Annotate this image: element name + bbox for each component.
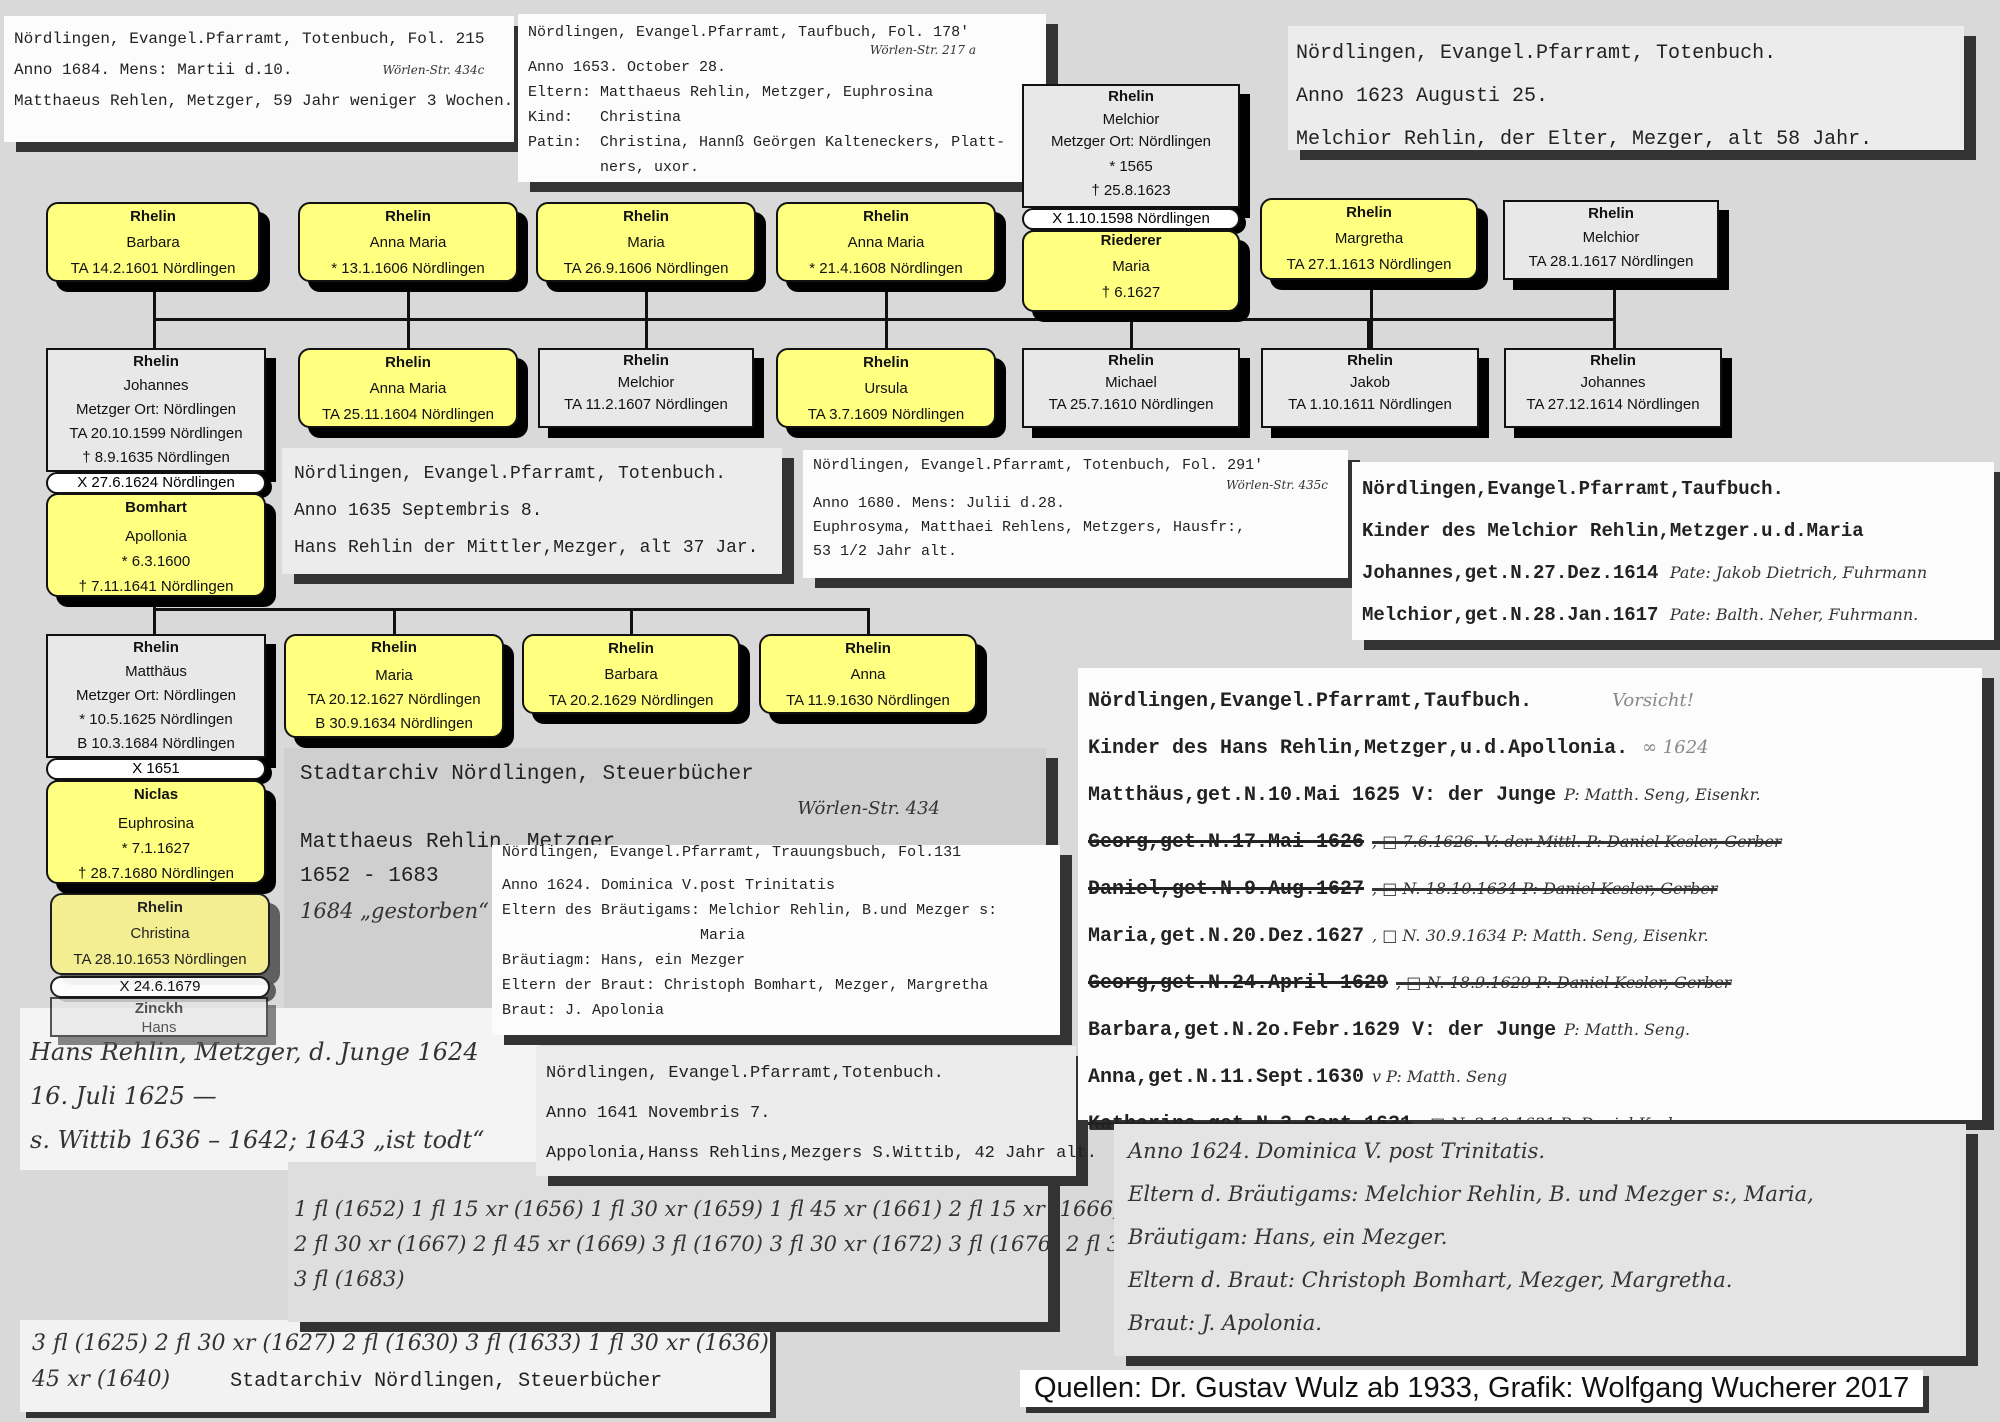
record-card-death-1623: Nördlingen, Evangel.Pfarramt, Totenbuch.…	[1288, 26, 1964, 150]
surname: Zinckh	[52, 999, 266, 1018]
record-line: Eltern des Bräutigams: Melchior Rehlin, …	[502, 898, 1050, 923]
person-apollonia-bomhart[interactable]: Bomhart Apollonia * 6.3.1600 † 7.11.1641…	[46, 493, 266, 597]
handwritten-line: Eltern d. Braut: Christoph Bomhart, Mezg…	[1128, 1259, 1952, 1302]
person-ursula-1609[interactable]: RhelinUrsulaTA 3.7.1609 Nördlingen	[776, 348, 996, 428]
given-name: Apollonia	[48, 524, 264, 549]
person-johannes-1599[interactable]: Rhelin Johannes Metzger Ort: Nördlingen …	[46, 348, 266, 472]
person-barbara-1629[interactable]: RhelinBarbaraTA 20.2.1629 Nördlingen	[522, 634, 740, 714]
surname: Rhelin	[48, 636, 264, 660]
record-line: Kinder des Melchior Rehlin,Metzger.u.d.M…	[1362, 510, 1984, 552]
person-maria-1606[interactable]: RhelinMariaTA 26.9.1606 Nördlingen	[536, 202, 756, 282]
surname: Rhelin	[300, 204, 516, 230]
record-line: Nördlingen, Evangel.Pfarramt, Totenbuch.	[1296, 32, 1956, 75]
surname: Rhelin	[48, 204, 258, 230]
record-line: Patin: Christina, Hannß Geörgen Kaltenec…	[528, 130, 1036, 155]
connector	[153, 318, 1615, 321]
record-card-tax-books-hans: 3 fl (1625) 2 fl 30 xr (1627) 2 fl (1630…	[20, 1320, 770, 1412]
connector	[1130, 318, 1133, 348]
record-line: ners, uxor.	[528, 155, 1036, 180]
handwritten-note: Wörlen-Str. 217 a	[528, 45, 1036, 55]
given-name: Matthäus	[48, 660, 264, 684]
person-jakob-1611[interactable]: RhelinJakobTA 1.10.1611 Nördlingen	[1261, 348, 1479, 428]
occupation: Metzger Ort: Nördlingen	[1024, 131, 1238, 154]
given-name: Melchior	[1505, 226, 1717, 250]
record-card-death-1641: Nördlingen, Evangel.Pfarramt,Totenbuch. …	[536, 1046, 1076, 1176]
baptism-entry: Georg,get.N.24.April 1629, □ N. 18.9.162…	[1088, 960, 1972, 1007]
record-line: Anno 1624. Dominica V.post Trinitatis	[502, 873, 1050, 898]
record-line: Anno 1680. Mens: Julii d.28.	[813, 492, 1338, 516]
handwritten-note: Wörlen-Str. 434	[300, 792, 1030, 826]
surname: Riederer	[1024, 232, 1238, 250]
person-anna-1630[interactable]: RhelinAnnaTA 11.9.1630 Nördlingen	[759, 634, 977, 714]
death-date: † 25.8.1623	[1024, 180, 1238, 203]
surname: Rhelin	[778, 350, 994, 376]
surname: Rhelin	[524, 636, 738, 662]
given-name: Maria	[286, 664, 502, 688]
record-line: Anno 1684. Mens: Martii d.10.Wörlen-Str.…	[14, 55, 504, 86]
record-line: Appolonia,Hanss Rehlins,Mezgers S.Wittib…	[546, 1134, 1066, 1174]
given-name: Ursula	[778, 376, 994, 402]
occupation: Metzger Ort: Nördlingen	[48, 684, 264, 708]
event-date: TA 25.7.1610 Nördlingen	[1024, 394, 1238, 416]
record-card-baptism-1653: Nördlingen, Evangel.Pfarramt, Taufbuch, …	[518, 14, 1046, 182]
record-card-baptisms-hans-children: Nördlingen,Evangel.Pfarramt,Taufbuch.Vor…	[1078, 668, 1982, 1120]
marriage-label: X 27.6.1624 Nördlingen	[46, 472, 266, 494]
record-card-baptisms-melchior-children: Nördlingen,Evangel.Pfarramt,Taufbuch. Ki…	[1352, 462, 1994, 640]
baptism-entry: Anna,get.N.11.Sept.1630v P: Matth. Seng	[1088, 1054, 1972, 1101]
handwritten-line: 16. Juli 1625 —	[30, 1074, 530, 1118]
connector	[1367, 318, 1370, 348]
surname: Rhelin	[778, 204, 994, 230]
marriage-label: X 1651	[46, 758, 266, 780]
handwritten-note: Wörlen-Str. 434c	[382, 63, 484, 77]
handwritten-line: Braut: J. Apolonia.	[1128, 1302, 1952, 1345]
surname: Rhelin	[540, 350, 752, 372]
surname: Rhelin	[286, 636, 502, 660]
person-johannes-1614[interactable]: RhelinJohannesTA 27.12.1614 Nördlingen	[1504, 348, 1722, 428]
record-line: Stadtarchiv Nördlingen, Steuerbücher	[300, 758, 1030, 792]
record-line: Nördlingen, Evangel.Pfarramt, Totenbuch,…	[813, 454, 1338, 478]
handwritten-line: 3 fl (1683)	[294, 1262, 1042, 1297]
death-date: † 8.9.1635 Nördlingen	[48, 446, 264, 470]
event-date: TA 20.10.1599 Nördlingen	[48, 422, 264, 446]
birth-date: * 1565	[1024, 154, 1238, 180]
person-melchior-1617[interactable]: RhelinMelchiorTA 28.1.1617 Nördlingen	[1503, 200, 1719, 280]
record-line: Nördlingen, Evangel.Pfarramt, Totenbuch,…	[14, 24, 504, 55]
baptism-entry: Matthäus,get.N.10.Mai 1625 V: der JungeP…	[1088, 772, 1972, 819]
record-line: Anno 1623 Augusti 25.	[1296, 75, 1956, 118]
baptism-entry: Barbara,get.N.2o.Febr.1629 V: der JungeP…	[1088, 1007, 1972, 1054]
handwritten-line: 2 fl 30 xr (1667) 2 fl 45 xr (1669) 3 fl…	[294, 1227, 1042, 1262]
given-name: Barbara	[524, 662, 738, 688]
record-line: Braut: J. Apolonia	[502, 998, 1050, 1023]
record-line: 45 xr (1640)Stadtarchiv Nördlingen, Steu…	[32, 1362, 758, 1400]
event-date: TA 27.1.1613 Nördlingen	[1262, 252, 1476, 278]
record-line: Kind: Christina	[528, 105, 1036, 130]
connector	[1370, 280, 1373, 350]
event-date: * 21.4.1608 Nördlingen	[778, 256, 994, 282]
event-date: TA 3.7.1609 Nördlingen	[778, 402, 994, 428]
handwritten-note: Pate: Balth. Neher, Fuhrmann.	[1670, 605, 1918, 624]
handwritten-line: s. Wittib 1636 – 1642; 1643 „ist todt“	[30, 1118, 530, 1162]
surname: Rhelin	[761, 636, 975, 662]
death-date: † 6.1627	[1024, 280, 1238, 306]
given-name: Anna Maria	[300, 230, 516, 256]
person-margretha-1613[interactable]: RhelinMargrethaTA 27.1.1613 Nördlingen	[1260, 198, 1478, 280]
given-name: Anna Maria	[300, 376, 516, 402]
event-date: * 13.1.1606 Nördlingen	[300, 256, 516, 282]
death-date: † 7.11.1641 Nördlingen	[48, 574, 264, 599]
record-line: Melchior Rehlin, der Elter, Mezger, alt …	[1296, 118, 1956, 161]
person-hans-zinckh[interactable]: Zinckh Hans	[50, 997, 268, 1037]
connector	[153, 280, 156, 350]
baptism-entry: Daniel,get.N.9.Aug.1627, □ N. 18.10.1634…	[1088, 866, 1972, 913]
surname: Bomhart	[48, 495, 264, 520]
baptism-entry: Georg,get.N.17.Mai 1626, □ 7.6.1626. V: …	[1088, 819, 1972, 866]
handwritten-line: Bräutigam: Hans, ein Mezger.	[1128, 1216, 1952, 1259]
given-name: Johannes	[1506, 372, 1720, 394]
handwritten-note: v P: Matth. Seng	[1372, 1067, 1507, 1086]
record-line: Euphrosyma, Matthaei Rehlens, Metzgers, …	[813, 516, 1338, 540]
connector	[153, 608, 870, 611]
given-name: Barbara	[48, 230, 258, 256]
person-euphrosina-niclas[interactable]: Niclas Euphrosina * 7.1.1627 † 28.7.1680…	[46, 780, 266, 884]
surname: Rhelin	[52, 895, 268, 921]
person-maria-1627[interactable]: Rhelin Maria TA 20.12.1627 Nördlingen B …	[284, 634, 504, 738]
record-line: Melchior,get.N.28.Jan.1617 Pate: Balth. …	[1362, 594, 1984, 636]
person-michael-1610[interactable]: RhelinMichaelTA 25.7.1610 Nördlingen	[1022, 348, 1240, 428]
record-card-marriage-1624: Nördlingen, Evangel.Pfarramt, Trauungsbu…	[492, 845, 1060, 1035]
birth-date: * 10.5.1625 Nördlingen	[48, 708, 264, 732]
event-date: TA 28.1.1617 Nördlingen	[1505, 250, 1717, 274]
given-name: Anna	[761, 662, 975, 688]
handwritten-line: 3 fl (1625) 2 fl 30 xr (1627) 2 fl (1630…	[32, 1326, 758, 1362]
handwritten-note: , □ N. 18.9.1629 P: Daniel Kesler, Gerbe…	[1396, 973, 1731, 992]
record-card-death-1680: Nördlingen, Evangel.Pfarramt, Totenbuch,…	[803, 450, 1348, 578]
surname: Niclas	[48, 782, 264, 807]
burial-date: B 30.9.1634 Nördlingen	[286, 712, 502, 736]
surname: Rhelin	[48, 350, 264, 374]
record-line: Nördlingen, Evangel.Pfarramt, Taufbuch, …	[528, 20, 1036, 45]
handwritten-note: P: Matth. Seng, Eisenkr.	[1564, 785, 1761, 804]
surname: Rhelin	[1024, 86, 1238, 109]
event-date: TA 20.12.1627 Nördlingen	[286, 688, 502, 712]
record-line: Matthaeus Rehlen, Metzger, 59 Jahr wenig…	[14, 86, 504, 117]
record-line: Anno 1635 Septembris 8.	[294, 493, 770, 530]
record-line: Anno 1641 Novembris 7.	[546, 1094, 1066, 1134]
given-name: Hans	[52, 1018, 266, 1037]
record-line: Kinder des Hans Rehlin,Metzger,u.d.Apoll…	[1088, 725, 1972, 772]
handwritten-note: Vorsicht!	[1612, 690, 1694, 711]
given-name: Christina	[52, 921, 268, 947]
surname: Rhelin	[300, 350, 516, 376]
record-card-death-1635: Nördlingen, Evangel.Pfarramt, Totenbuch.…	[282, 448, 782, 574]
record-line: Hans Rehlin der Mittler,Mezger, alt 37 J…	[294, 530, 770, 567]
handwritten-note: P: Matth. Seng.	[1564, 1020, 1690, 1039]
record-line: Maria	[502, 923, 1050, 948]
handwritten-note: Wörlen-Str. 435c	[813, 478, 1338, 492]
person-anna-maria-1608[interactable]: RhelinAnna Maria* 21.4.1608 Nördlingen	[776, 202, 996, 282]
surname: Rhelin	[538, 204, 754, 230]
marriage-label: X 1.10.1598 Nördlingen	[1022, 208, 1240, 230]
handwritten-note: ∞ 1624	[1642, 737, 1709, 758]
record-line: Nördlingen, Evangel.Pfarramt,Totenbuch.	[546, 1054, 1066, 1094]
handwritten-note: Pate: Jakob Dietrich, Fuhrmann	[1670, 563, 1927, 582]
handwritten-line: Eltern d. Bräutigams: Melchior Rehlin, B…	[1128, 1173, 1952, 1216]
record-line: Nördlingen, Evangel.Pfarramt, Trauungsbu…	[502, 845, 1050, 861]
birth-date: * 6.3.1600	[48, 549, 264, 574]
connector	[407, 280, 410, 350]
person-melchior-rhelin-senior[interactable]: Rhelin Melchior Metzger Ort: Nördlingen …	[1022, 84, 1240, 208]
connector	[885, 280, 888, 350]
given-name: Euphrosina	[48, 811, 264, 836]
surname: Rhelin	[1506, 350, 1720, 372]
given-name: Maria	[1024, 254, 1238, 280]
record-line: Nördlingen, Evangel.Pfarramt, Totenbuch.	[294, 456, 770, 493]
handwritten-note: , □ N. 18.10.1634 P: Daniel Kesler, Gerb…	[1372, 879, 1717, 898]
given-name: Johannes	[48, 374, 264, 398]
given-name: Melchior	[540, 372, 752, 394]
event-date: TA 26.9.1606 Nördlingen	[538, 256, 754, 282]
surname: Rhelin	[1262, 200, 1476, 226]
event-date: TA 11.9.1630 Nördlingen	[761, 688, 975, 714]
marriage-label: X 24.6.1679	[50, 976, 270, 998]
person-anna-maria-1606[interactable]: RhelinAnna Maria* 13.1.1606 Nördlingen	[298, 202, 518, 282]
record-line: Nördlingen,Evangel.Pfarramt,Taufbuch.	[1362, 468, 1984, 510]
surname: Rhelin	[1024, 350, 1238, 372]
event-date: TA 1.10.1611 Nördlingen	[1263, 394, 1477, 416]
connector	[1613, 280, 1616, 350]
given-name: Melchior	[1024, 109, 1238, 132]
record-line: Eltern der Braut: Christoph Bomhart, Mez…	[502, 973, 1050, 998]
surname: Rhelin	[1263, 350, 1477, 372]
record-line: Nördlingen,Evangel.Pfarramt,Taufbuch.Vor…	[1088, 678, 1972, 725]
record-line: Eltern: Matthaeus Rehlin, Metzger, Euphr…	[528, 80, 1036, 105]
occupation: Metzger Ort: Nördlingen	[48, 398, 264, 422]
given-name: Anna Maria	[778, 230, 994, 256]
event-date: TA 25.11.1604 Nördlingen	[300, 402, 516, 428]
birth-date: * 7.1.1627	[48, 836, 264, 861]
event-date: TA 28.10.1653 Nördlingen	[52, 947, 268, 973]
person-melchior-1607[interactable]: RhelinMelchiorTA 11.2.1607 Nördlingen	[538, 348, 754, 428]
credits-caption: Quellen: Dr. Gustav Wulz ab 1933, Grafik…	[1020, 1370, 1923, 1407]
person-christina-1653[interactable]: Rhelin Christina TA 28.10.1653 Nördlinge…	[50, 893, 270, 975]
handwritten-line: Anno 1624. Dominica V. post Trinitatis.	[1128, 1130, 1952, 1173]
record-line: 53 1/2 Jahr alt.	[813, 540, 1338, 564]
person-anna-maria-1604[interactable]: RhelinAnna MariaTA 25.11.1604 Nördlingen	[298, 348, 518, 428]
record-line: Anno 1653. October 28.	[528, 55, 1036, 80]
surname: Rhelin	[1505, 202, 1717, 226]
person-matthaeus-1625[interactable]: Rhelin Matthäus Metzger Ort: Nördlingen …	[46, 634, 266, 758]
handwritten-note: , □ 7.6.1626. V: der Mittl. P: Daniel Ke…	[1372, 832, 1782, 851]
record-caption: Stadtarchiv Nördlingen, Steuerbücher	[230, 1370, 662, 1393]
person-maria-riederer[interactable]: Riederer Maria † 6.1627	[1022, 230, 1240, 312]
record-card-tax-amounts: 1 fl (1652) 1 fl 15 xr (1656) 1 fl 30 xr…	[288, 1162, 1048, 1322]
given-name: Margretha	[1262, 226, 1476, 252]
record-line: Johannes,get.N.27.Dez.1614 Pate: Jakob D…	[1362, 552, 1984, 594]
burial-date: B 10.3.1684 Nördlingen	[48, 732, 264, 756]
baptism-entry: Maria,get.N.20.Dez.1627, □ N. 30.9.1634 …	[1088, 913, 1972, 960]
death-date: † 28.7.1680 Nördlingen	[48, 861, 264, 886]
record-card-death-1684: Nördlingen, Evangel.Pfarramt, Totenbuch,…	[4, 16, 514, 142]
event-date: TA 11.2.1607 Nördlingen	[540, 394, 752, 416]
handwritten-note: , □ N. 30.9.1634 P: Matth. Seng, Eisenkr…	[1372, 926, 1709, 945]
given-name: Michael	[1024, 372, 1238, 394]
given-name: Maria	[538, 230, 754, 256]
record-card-handwritten-marriage-1624: Anno 1624. Dominica V. post Trinitatis. …	[1114, 1124, 1966, 1356]
record-line: Bräutiagm: Hans, ein Mezger	[502, 948, 1050, 973]
event-date: TA 27.12.1614 Nördlingen	[1506, 394, 1720, 416]
person-barbara-1601[interactable]: RhelinBarbaraTA 14.2.1601 Nördlingen	[46, 202, 260, 282]
connector	[645, 280, 648, 350]
handwritten-line: 1 fl (1652) 1 fl 15 xr (1656) 1 fl 30 xr…	[294, 1192, 1042, 1227]
event-date: TA 14.2.1601 Nördlingen	[48, 256, 258, 282]
given-name: Jakob	[1263, 372, 1477, 394]
event-date: TA 20.2.1629 Nördlingen	[524, 688, 738, 714]
